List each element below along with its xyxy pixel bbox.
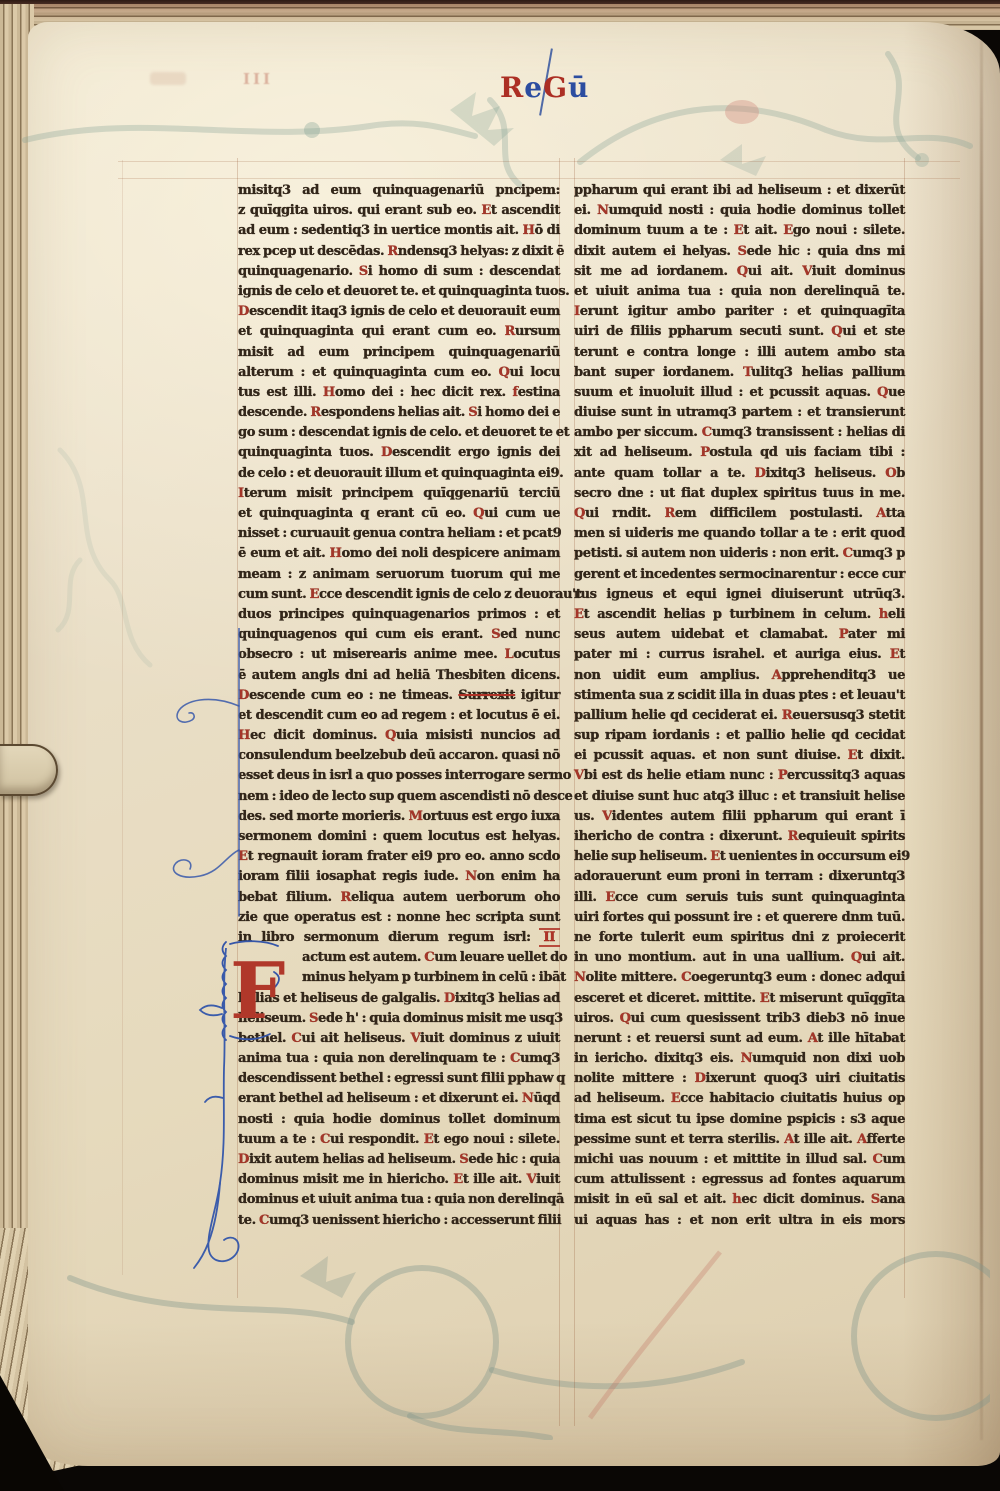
text-line: nem : ideo de lecto sup quem ascendisti … <box>238 787 560 807</box>
text-line: dominus misit me in hiericho. Et ille ai… <box>238 1170 560 1190</box>
text-line: ne forte tulerit eum spiritus dni z proi… <box>574 928 905 948</box>
text-line: helias et heliseus de galgalis. Dixitq3 … <box>238 989 560 1009</box>
text-line: heliseum. Sede h' : quia dominus misit m… <box>238 1009 560 1029</box>
text-line: esset deus in isrl a quo posses interrog… <box>238 766 560 786</box>
text-line: tima est sicut tu ipse domine pspicis : … <box>574 1110 905 1130</box>
text-line: ppharum qui erant ibi ad heliseum : et d… <box>574 181 905 201</box>
text-line: dixit autem ei helyas. Sede hic : quia d… <box>574 242 905 262</box>
text-line: Nolite mittere. Coegeruntq3 eum : donec … <box>574 968 905 988</box>
text-line: michi uas nouum : et mittite in illud sa… <box>574 1150 905 1170</box>
text-line: in libro sermonum dierum regum isrl:II <box>238 928 560 948</box>
text-line: cum sunt. Ecce descendit ignis de celo z… <box>238 585 560 605</box>
text-line: petisti. si autem non uideris : non erit… <box>574 544 905 564</box>
text-line: uiros. Qui cum quesissent trib3 dieb3 nō… <box>574 1009 905 1029</box>
text-line: descendissent bethel : egressi sunt fili… <box>238 1069 560 1089</box>
text-line: secro dne : ut fiat duplex spiritus tuus… <box>574 484 905 504</box>
text-line: ignis de celo et deuoret te. et quinquag… <box>238 282 560 302</box>
text-line: misitq3 ad eum quinquagenariū pncipem: <box>238 181 560 201</box>
text-line: us. Videntes autem filii ppharum qui era… <box>574 807 905 827</box>
text-line: ē autem angls dni ad heliā Thesbiten dic… <box>238 666 560 686</box>
text-line: Qui rndit. Rem difficilem postulasti. At… <box>574 504 905 524</box>
text-line: et quinquaginta q erant cū eo. Qui cum u… <box>238 504 560 524</box>
text-line: zie que operatus est : nonne hec scripta… <box>238 908 560 928</box>
text-line: erant bethel ad heliseum : et dixerunt e… <box>238 1089 560 1109</box>
text-line: sup ripam iordanis : et pallio helie qd … <box>574 726 905 746</box>
ghost-header-numeral: III <box>243 70 273 88</box>
text-line: obsecro : ut miserearis anime mee. Locut… <box>238 645 560 665</box>
text-line: et quinquaginta qui erant cum eo. Rursum <box>238 322 560 342</box>
column-rule <box>122 160 123 1275</box>
text-line: terunt e contra longe : illi autem ambo … <box>574 343 905 363</box>
text-line: et uiuit anima tua : quia non derelinquā… <box>574 282 905 302</box>
text-line: adorauerunt eum proni in terram : dixeru… <box>574 867 905 887</box>
text-line: ei pcussit aquas. et non sunt diuise. Et… <box>574 746 905 766</box>
text-line: et descendit cum eo ad regem : et locutu… <box>238 706 560 726</box>
text-line: consulendum beelzebub deū accaron. quasi… <box>238 746 560 766</box>
text-line: Descendit itaq3 ignis de celo et deuorau… <box>238 302 560 322</box>
text-line: ihericho de contra : dixerunt. Requieuit… <box>574 827 905 847</box>
text-line: actum est autem. Cum leuare uellet do <box>238 948 560 968</box>
text-line: cum attulissent : egressus ad fontes aqu… <box>574 1170 905 1190</box>
text-line: descende. Respondens helias ait. Si homo… <box>238 403 560 423</box>
text-line: xit ad heliseum. Postula qd uis faciam t… <box>574 443 905 463</box>
text-line: men si uideris me quando tollar a te : e… <box>574 524 905 544</box>
text-line: bant super iordanem. Tulitq3 helias pall… <box>574 363 905 383</box>
text-line: bebat filium. Reliqua autem uerborum oho <box>238 888 560 908</box>
text-line: misit in eū sal et ait. hec dicit dominu… <box>574 1190 905 1210</box>
text-column-right: ppharum qui erant ibi ad heliseum : et d… <box>574 181 905 1231</box>
text-line: Descende cum eo : ne timeas. Surrexit ig… <box>238 686 560 706</box>
bookmark-clasp <box>0 744 58 796</box>
header-rule <box>118 161 960 162</box>
text-line: non uidit eum amplius. Apprehenditq3 ue <box>574 666 905 686</box>
gutter-crease <box>980 40 983 1440</box>
text-line: te. Cumq3 uenissent hiericho : accesseru… <box>238 1211 560 1231</box>
text-line: nolite mittere : Dixerunt quoq3 uiri ciu… <box>574 1069 905 1089</box>
text-line: diuise sunt in utramq3 partem : et trans… <box>574 403 905 423</box>
text-line: illi. Ecce cum seruis tuis sunt quinquag… <box>574 888 905 908</box>
text-line: ui aquas has : et non erit ultra in eis … <box>574 1211 905 1231</box>
running-title-letter: e <box>524 71 543 104</box>
text-line: esceret et diceret. mittite. Et miserunt… <box>574 989 905 1009</box>
text-line: duos principes quinquagenarios primos : … <box>238 605 560 625</box>
text-line: nisset : curuauit genua contra heliam : … <box>238 524 560 544</box>
text-line: dominum tuum a te : Et ait. Ego noui : s… <box>574 221 905 241</box>
text-line: meam : z animam seruorum tuorum qui me <box>238 565 560 585</box>
text-line: misit ad eum principem quinquagenariū <box>238 343 560 363</box>
text-line: tuum a te : Cui respondit. Et ego noui :… <box>238 1130 560 1150</box>
text-line: Dixit autem helias ad heliseum. Sede hic… <box>238 1150 560 1170</box>
text-line: ei. Numquid nosti : quia hodie dominus t… <box>574 201 905 221</box>
text-line: sit me ad iordanem. Qui ait. Viuit domin… <box>574 262 905 282</box>
text-line: ad heliseum. Ecce habitacio ciuitatis hu… <box>574 1089 905 1109</box>
text-line: anima tua : quia non derelinquam te : Cu… <box>238 1049 560 1069</box>
text-line: quinquagenario. Si homo di sum : descend… <box>238 262 560 282</box>
text-line: Et ascendit helias p turbinem in celum. … <box>574 605 905 625</box>
running-title-letter: ū <box>568 71 589 104</box>
text-line: rus igneus et equi ignei diuiserunt utrū… <box>574 585 905 605</box>
text-line: gerent et incedentes sermocinarentur : e… <box>574 565 905 585</box>
text-line: tus est illi. Homo dei : hec dicit rex. … <box>238 383 560 403</box>
text-line: stimenta sua z scidit illa in duas ptes … <box>574 686 905 706</box>
text-line: suum et inuoluit illud : et pcussit aqua… <box>574 383 905 403</box>
text-line: Ierunt igitur ambo pariter : et quinquag… <box>574 302 905 322</box>
text-line: ante quam tollar a te. Dixitq3 heliseus.… <box>574 464 905 484</box>
text-line: pessime sunt et terra sterilis. At ille … <box>574 1130 905 1150</box>
text-line: ioram filii iosaphat regis iude. Non eni… <box>238 867 560 887</box>
running-title: ReGū <box>500 68 589 108</box>
text-line: Vbi est ds helie etiam nunc : Percussitq… <box>574 766 905 786</box>
text-line: Iterum misit principem quīqgenariū terci… <box>238 484 560 504</box>
text-line: rex pcep ut descēdas. Rndensq3 helyas: z… <box>238 242 560 262</box>
text-line: uiri fortes qui possunt ire : et querere… <box>574 908 905 928</box>
text-line: ad eum : sedentiq3 in uertice montis ait… <box>238 221 560 241</box>
text-line: quinquagenos qui cum eis erant. Sed nunc <box>238 625 560 645</box>
text-line: pallium helie qd ceciderat ei. Reuersusq… <box>574 706 905 726</box>
text-line: bethel. Cui ait heliseus. Viuit dominus … <box>238 1029 560 1049</box>
text-line: Et regnauit ioram frater ei9 pro eo. ann… <box>238 847 560 867</box>
text-line: nosti : quia hodie dominus tollet dominu… <box>238 1110 560 1130</box>
text-line: de celo : et deuorauit illum et quinquag… <box>238 464 560 484</box>
text-line: seus autem uidebat et clamabat. Pater mi <box>574 625 905 645</box>
text-line: sermonem domini : quem locutus est helya… <box>238 827 560 847</box>
text-line: dominus et uiuit anima tua : quia non de… <box>238 1190 560 1210</box>
text-line: ambo per siccum. Cumq3 transissent : hel… <box>574 423 905 443</box>
text-line: ē eum et ait. Homo dei noli despicere an… <box>238 544 560 564</box>
text-line: quinquaginta tuos. Descendit ergo ignis … <box>238 443 560 463</box>
text-line: Hec dicit dominus. Quia misisti nuncios … <box>238 726 560 746</box>
text-line: uiri de filiis ppharum secuti sunt. Qui … <box>574 322 905 342</box>
running-title-letter: R <box>500 71 524 104</box>
manuscript-photo: ReGū III misitq3 ad eum quinquagenariū p… <box>0 0 1000 1491</box>
running-title-letter: G <box>543 71 568 104</box>
ghost-smudge <box>150 72 186 85</box>
text-line: in iericho. dixitq3 eis. Numquid non dix… <box>574 1049 905 1069</box>
text-line: pater mi : currus israhel. et auriga eiu… <box>574 645 905 665</box>
text-line: go sum : descendat ignis de celo. et deu… <box>238 423 560 443</box>
text-line: in uno montium. aut in una uallium. Qui … <box>574 948 905 968</box>
header-rule <box>118 178 960 179</box>
text-line: alterum : et quinquaginta cum eo. Qui lo… <box>238 363 560 383</box>
text-line: minus helyam p turbinem in celū : ibāt <box>238 968 560 988</box>
text-line: nerunt : et reuersi sunt ad eum. At ille… <box>574 1029 905 1049</box>
text-line: z quīqgita uiros. qui erant sub eo. Et a… <box>238 201 560 221</box>
text-column-left: misitq3 ad eum quinquagenariū pncipem:z … <box>238 181 560 1231</box>
text-line: helie sup heliseum. Et uenientes in occu… <box>574 847 905 867</box>
text-line: et diuise sunt huc atq3 illuc : et trans… <box>574 787 905 807</box>
chapter-numeral: II <box>539 928 560 947</box>
text-line: des. sed morte morieris. Mortuus est erg… <box>238 807 560 827</box>
